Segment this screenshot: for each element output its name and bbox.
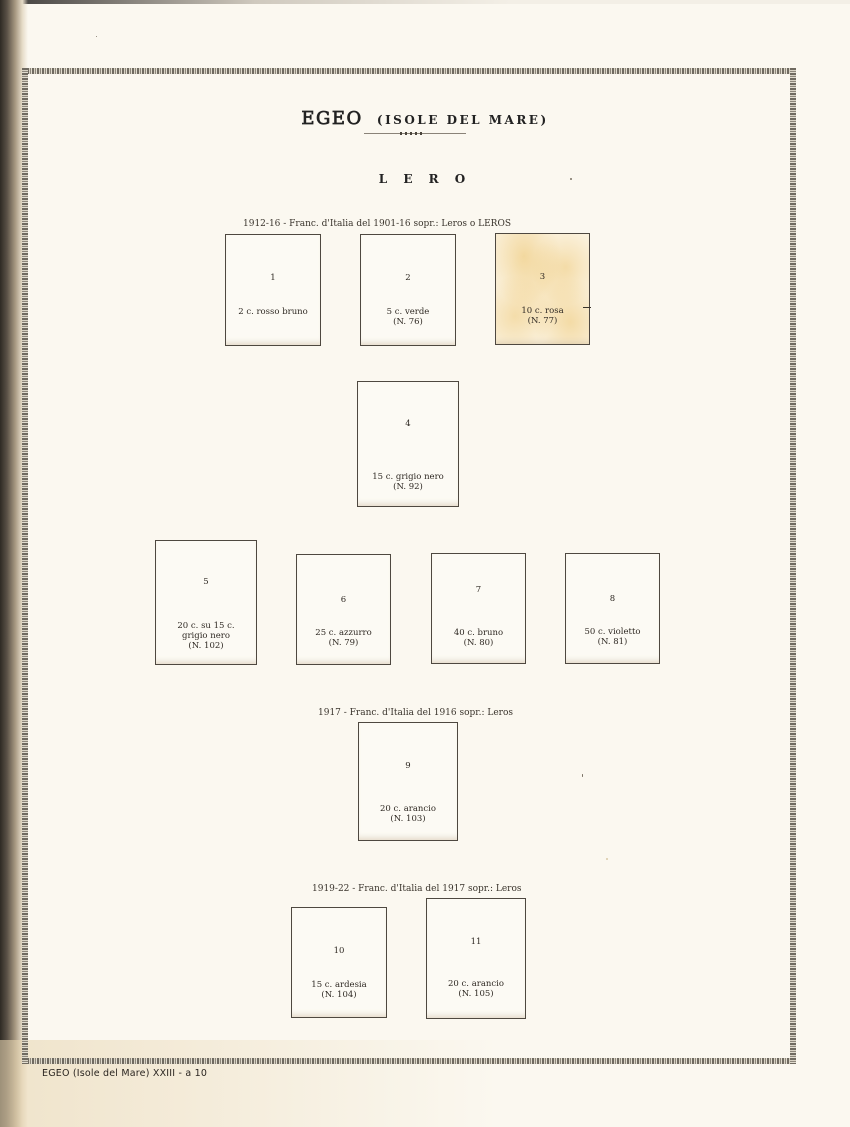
border-bottom — [22, 1058, 796, 1064]
page-title: EGEO (ISOLE DEL MARE) — [0, 108, 850, 129]
stamp-space-6[interactable]: 6 25 c. azzurro (N. 79) — [296, 554, 391, 665]
stamp-description-line2: grigio nero — [156, 631, 256, 641]
stamp-description: 20 c. arancio — [427, 979, 525, 989]
stamp-space-5[interactable]: 5 20 c. su 15 c. grigio nero (N. 102) — [155, 540, 257, 665]
stamp-catalog-number: (N. 103) — [359, 814, 457, 824]
stamp-space-10[interactable]: 10 15 c. ardesia (N. 104) — [291, 907, 387, 1018]
stamp-description: 5 c. verde — [361, 307, 455, 317]
stamp-space-2[interactable]: 2 5 c. verde (N. 76) — [360, 234, 456, 346]
paper-speck — [582, 774, 583, 777]
stamp-catalog-number: (N. 79) — [297, 638, 390, 648]
stamp-description: 2 c. rosso bruno — [226, 307, 320, 317]
stamp-catalog-number: (N. 105) — [427, 989, 525, 999]
paper-speck — [570, 178, 572, 180]
stamp-catalog-number: (N. 102) — [156, 641, 256, 651]
paper-speck — [606, 858, 608, 860]
stamp-description: 10 c. rosa — [496, 306, 589, 316]
stamp-space-4[interactable]: 4 15 c. grigio nero (N. 92) — [357, 381, 459, 507]
stamp-description: 15 c. ardesia — [292, 980, 386, 990]
page-title-main: EGEO — [301, 108, 362, 129]
page-border-frame — [22, 68, 796, 1064]
series-heading-1919-22: 1919-22 - Franc. d'Italia del 1917 sopr.… — [312, 884, 522, 894]
stamp-catalog-number: (N. 92) — [358, 482, 458, 492]
border-left — [22, 68, 28, 1064]
stamp-number: 7 — [432, 585, 525, 595]
stamp-catalog-number: (N. 104) — [292, 990, 386, 1000]
stamp-catalog-number: (N. 77) — [496, 316, 589, 326]
stamp-number: 1 — [226, 273, 320, 283]
page-title-sub: (ISOLE DEL MARE) — [377, 113, 549, 127]
stamp-description: 15 c. grigio nero — [358, 472, 458, 482]
stamp-number: 4 — [358, 419, 458, 429]
stamp-number: 6 — [297, 595, 390, 605]
stamp-number: 2 — [361, 273, 455, 283]
series-heading-1917: 1917 - Franc. d'Italia del 1916 sopr.: L… — [318, 708, 513, 718]
page-top-edge — [0, 0, 850, 4]
stamp-number: 9 — [359, 761, 457, 771]
page-footer: EGEO (Isole del Mare) XXIII - a 10 — [42, 1068, 207, 1079]
stamp-description: 20 c. su 15 c. — [156, 621, 256, 631]
stamp-catalog-number: (N. 80) — [432, 638, 525, 648]
stamp-catalog-number: (N. 76) — [361, 317, 455, 327]
stamp-number: 11 — [427, 937, 525, 947]
paper-speck — [96, 36, 97, 37]
stamp-number: 10 — [292, 946, 386, 956]
stamp-space-8[interactable]: 8 50 c. violetto (N. 81) — [565, 553, 660, 664]
stamp-space-1[interactable]: 1 2 c. rosso bruno — [225, 234, 321, 346]
stamp-number: 8 — [566, 594, 659, 604]
stamp-space-11[interactable]: 11 20 c. arancio (N. 105) — [426, 898, 526, 1019]
stamp-space-7[interactable]: 7 40 c. bruno (N. 80) — [431, 553, 526, 664]
stamp-description: 40 c. bruno — [432, 628, 525, 638]
border-top — [22, 68, 796, 74]
stamp-space-3[interactable]: 3 10 c. rosa (N. 77) — [495, 233, 590, 345]
stamp-description: 50 c. violetto — [566, 627, 659, 637]
border-right — [790, 68, 796, 1064]
stamp-number: 5 — [156, 577, 256, 587]
pencil-mark — [583, 307, 591, 308]
stamp-catalog-number: (N. 81) — [566, 637, 659, 647]
stamp-description: 20 c. arancio — [359, 804, 457, 814]
stamp-space-9[interactable]: 9 20 c. arancio (N. 103) — [358, 722, 458, 841]
page-subtitle: L E R O — [0, 172, 850, 186]
title-ornament-rule — [364, 133, 466, 134]
stamp-number: 3 — [496, 272, 589, 282]
stamp-description: 25 c. azzurro — [297, 628, 390, 638]
series-heading-1912: 1912-16 - Franc. d'Italia del 1901-16 so… — [243, 219, 511, 229]
